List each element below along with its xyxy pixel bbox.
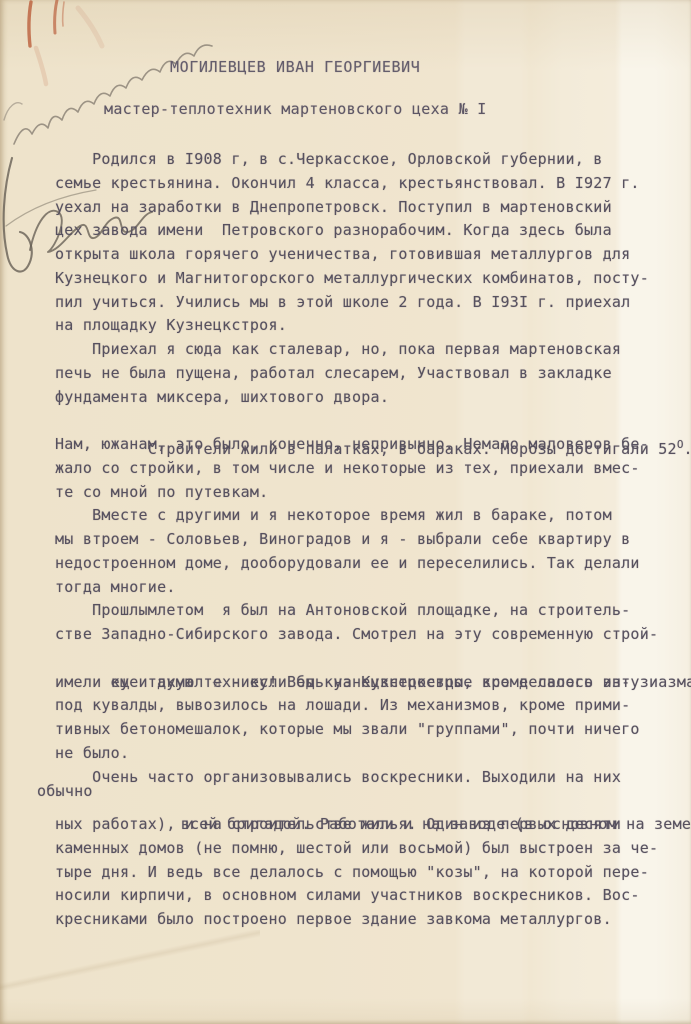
- text-line: открыта школа горячего ученичества, гото…: [55, 243, 680, 267]
- page-title: МОГИЛЕВЦЕВ ИВАН ГЕОРГИЕВИЧ: [170, 58, 420, 76]
- text-segment: .: [683, 440, 691, 458]
- text-line: тогда многие.: [55, 576, 680, 600]
- scanned-typewritten-page: МОГИЛЕВЦЕВ ИВАН ГЕОРГИЕВИЧ мастер-теплот…: [0, 0, 691, 1024]
- text-line: имели еще такую технику! Ведь на Кузнецк…: [55, 671, 680, 695]
- text-line: пил учиться. Учились мы в этой школе 2 г…: [55, 291, 680, 315]
- text-line: Вместе с другими и я некоторое время жил…: [55, 504, 680, 528]
- text-line: на площадку Кузнецкстроя.: [55, 314, 680, 338]
- text-line: под кувалды, вывозилось на лошади. Из ме…: [55, 694, 680, 718]
- text-line: Прошлымлетом я был на Антоновской площад…: [55, 599, 680, 623]
- struck-out-character: я: [213, 673, 222, 691]
- text-line: мы втроем - Соловьев, Виноградов и я - в…: [55, 528, 680, 552]
- document-body: Родился в I908 г, в с.Черкасское, Орловс…: [55, 148, 680, 932]
- text-line: семье крестьянина. Окончил 4 класса, кре…: [55, 172, 680, 196]
- text-line: не было.: [55, 742, 680, 766]
- text-line-with-strikeout: ку и думал я - если бы кузнецкстроевцы, …: [55, 647, 680, 671]
- text-line: цех завода имени Петровского разнорабочи…: [55, 219, 680, 243]
- paper-crease: [0, 930, 260, 990]
- text-segment: всей бригадой. Работали и на заводе (в о…: [181, 813, 691, 837]
- text-line: Приехал я сюда как сталевар, но, пока пе…: [55, 338, 680, 362]
- text-line: жало со стройки, в том числе и некоторые…: [55, 457, 680, 481]
- red-pencil-marks: [29, 0, 102, 84]
- text-line: кресниками было построено первое здание …: [55, 908, 680, 932]
- text-line: уехал на заработки в Днепропетровск. Пос…: [55, 196, 680, 220]
- text-line: те со мной по путевкам.: [55, 481, 680, 505]
- text-line: фундамента миксера, шихтового двора.: [55, 386, 680, 410]
- text-line: носили кирпичи, в основном силами участн…: [55, 884, 680, 908]
- text-line: тивных бетономешалок, которые мы звали "…: [55, 718, 680, 742]
- text-line: каменных домов (не помню, шестой или вос…: [55, 837, 680, 861]
- page-subtitle: мастер-теплотехник мартеновского цеха № …: [104, 100, 487, 118]
- text-line: Родился в I908 г, в с.Черкасское, Орловс…: [55, 148, 680, 172]
- text-line: Очень часто организовывались воскресники…: [55, 766, 680, 790]
- inserted-word: обычно: [37, 780, 93, 804]
- text-line: Кузнецкого и Магнитогорского металлургич…: [55, 267, 680, 291]
- text-line: тыре дня. И ведь все делалось с помощью …: [55, 861, 680, 885]
- text-line: недостроенном доме, дооборудовали ее и п…: [55, 552, 680, 576]
- text-line: печь не была пущена, работал слесарем, У…: [55, 362, 680, 386]
- text-line-with-insertion: обычновсей бригадой. Работали и на завод…: [55, 789, 680, 813]
- text-line-with-degree: Строители жили в палатках, в бараках. Мо…: [55, 409, 680, 433]
- text-line: стве Западно-Сибирского завода. Смотрел …: [55, 623, 680, 647]
- text-line: Нам, южанам, это было, конечно, непривыч…: [55, 433, 680, 457]
